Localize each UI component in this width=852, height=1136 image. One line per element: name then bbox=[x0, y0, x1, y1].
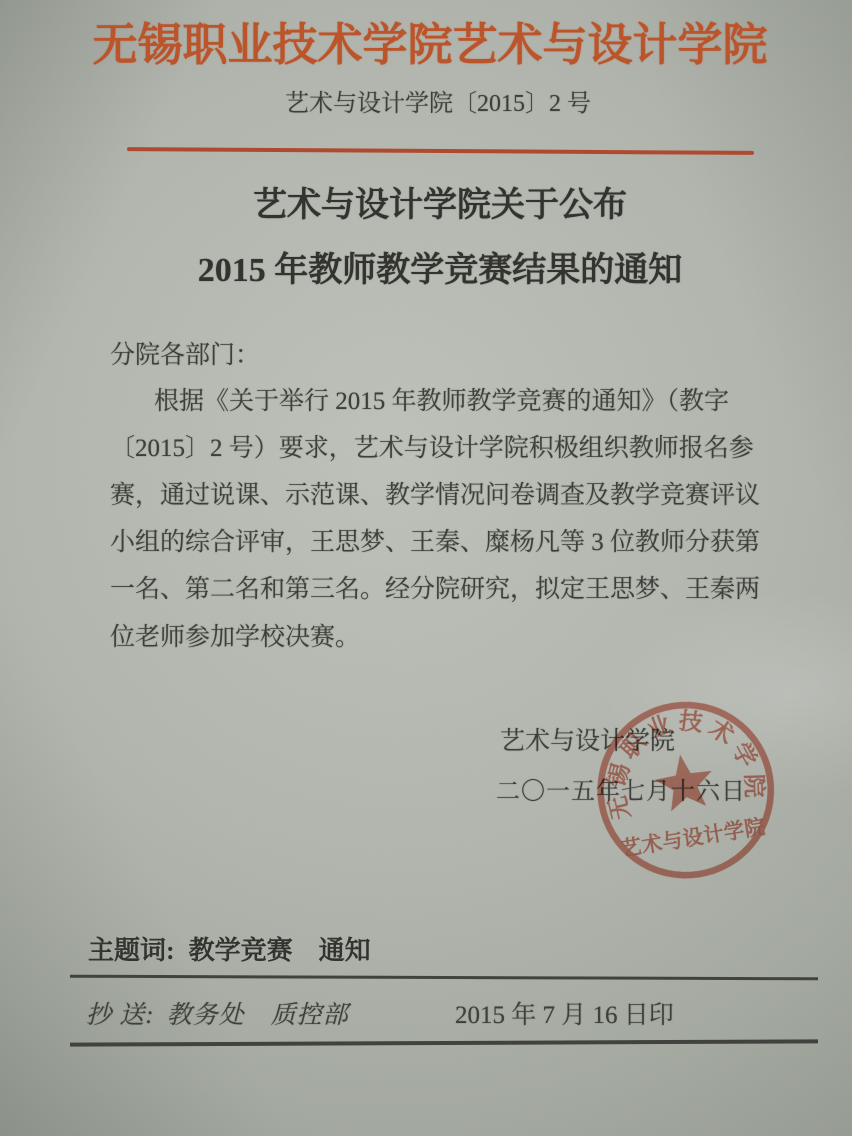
notice-title-line2: 2015 年教师教学竞赛结果的通知 bbox=[198, 242, 683, 291]
body-text-line: 根据《关于举行 2015 年教师教学竞赛的通知》（教字 bbox=[110, 381, 729, 417]
notice-document-page: 无锡职业技术学院艺术与设计学院 艺术与设计学院〔2015〕2 号 艺术与设计学院… bbox=[0, 0, 852, 1136]
footer-rule-top bbox=[70, 975, 818, 981]
subject-label: 主题词: bbox=[88, 936, 175, 965]
body-text-line: 一名、第二名和第三名。经分院研究，拟定王思梦、王秦两 bbox=[110, 569, 760, 605]
footer-rule-bottom bbox=[70, 1039, 818, 1046]
subject-keywords-row: 主题词:教学竞赛 通知 bbox=[88, 930, 371, 967]
notice-title-line1: 艺术与设计学院关于公布 bbox=[253, 177, 627, 226]
cc-value: 教务处 质控部 bbox=[167, 1002, 349, 1029]
cc-label: 抄 送: bbox=[86, 1002, 155, 1029]
cc-row: 抄 送:教务处 质控部 bbox=[86, 995, 349, 1031]
subject-value: 教学竞赛 通知 bbox=[189, 936, 371, 965]
official-seal-stamp: 无锡职业技术学院 艺术与设计学院 bbox=[567, 673, 805, 911]
body-text-line: 赛，通过说课、示范课、教学情况问卷调查及教学竞赛评议 bbox=[110, 475, 760, 511]
body-text-line: 〔2015〕2 号）要求，艺术与设计学院积极组织教师报名参 bbox=[110, 428, 754, 464]
salutation: 分院各部门： bbox=[110, 335, 260, 371]
seal-star-icon bbox=[652, 750, 717, 813]
doc-number: 艺术与设计学院〔2015〕2 号 bbox=[285, 83, 591, 118]
letterhead-divider-rule bbox=[127, 147, 754, 155]
letterhead-org-title: 无锡职业技术学院艺术与设计学院 bbox=[92, 8, 767, 73]
body-text-line: 位老师参加学校决赛。 bbox=[110, 617, 360, 653]
body-text-line: 小组的综合评审，王思梦、王秦、糜杨凡等 3 位教师分获第 bbox=[110, 522, 760, 558]
print-date: 2015 年 7 月 16 日印 bbox=[455, 995, 674, 1031]
